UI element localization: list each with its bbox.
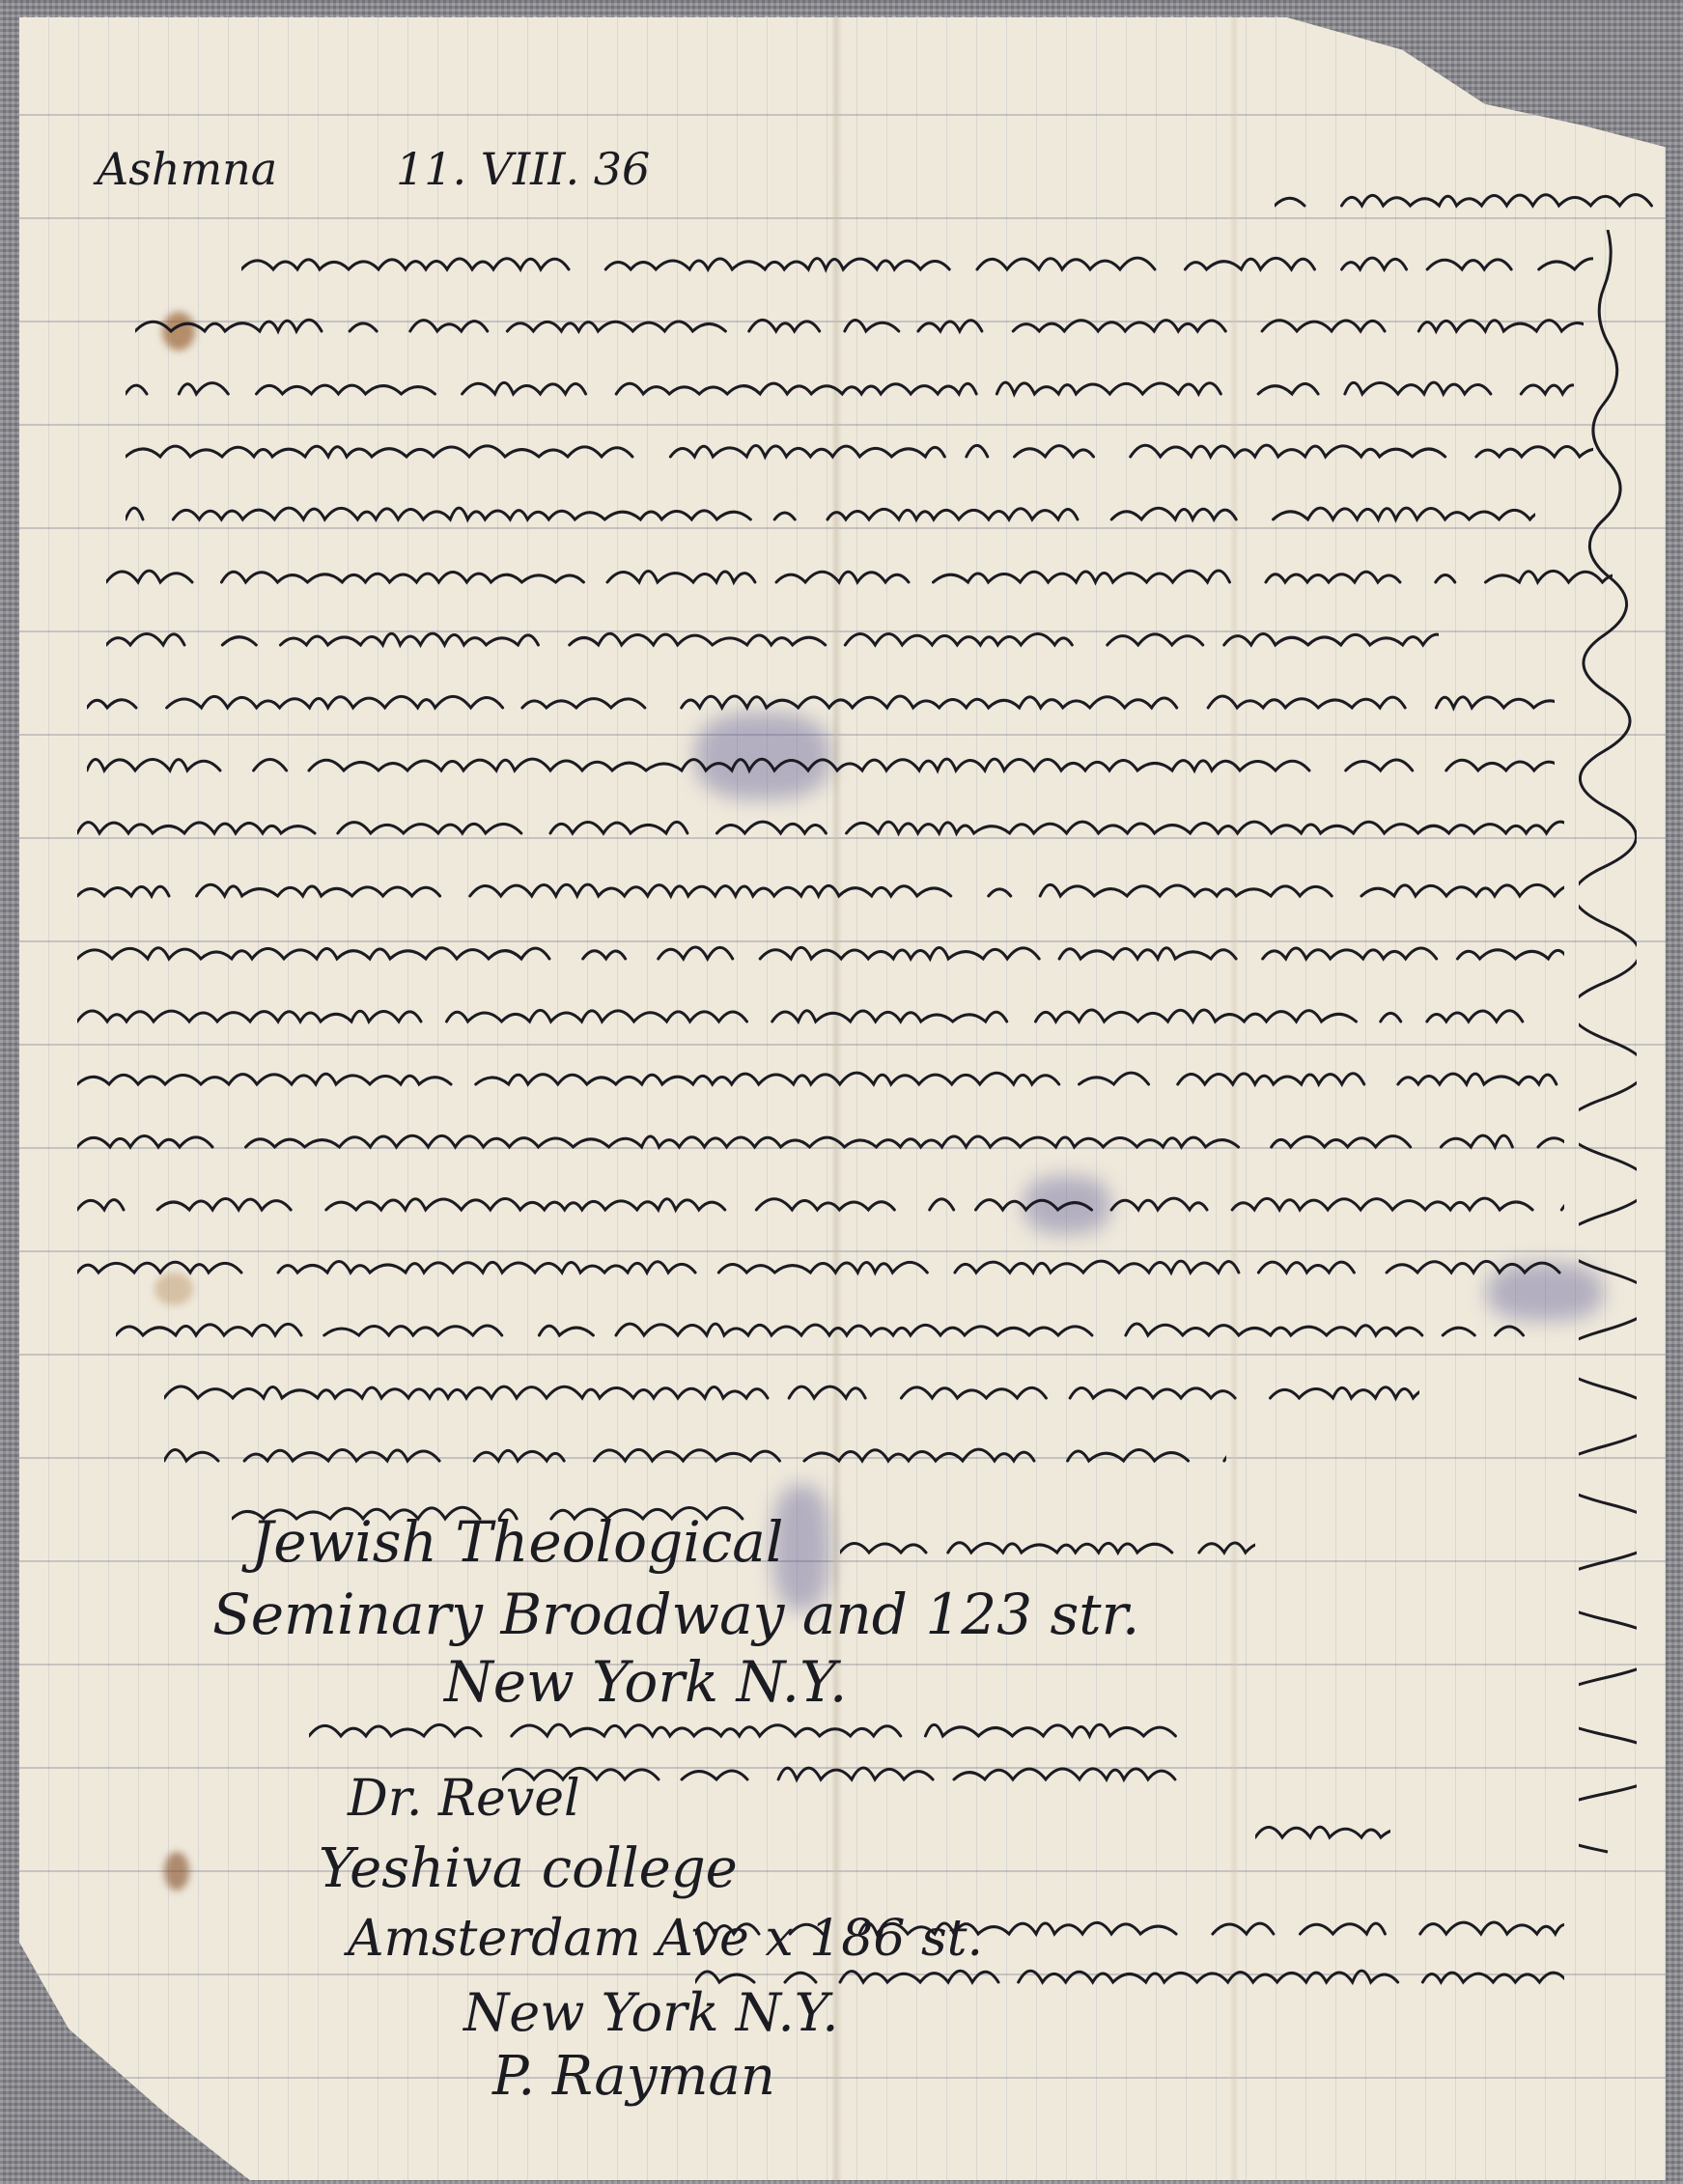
hebrew-text-line xyxy=(77,872,1564,910)
letter-place: Ashmna xyxy=(97,143,277,195)
hebrew-text-line xyxy=(77,1186,1564,1224)
hebrew-text-line xyxy=(106,558,1613,597)
rust-stain xyxy=(164,1852,189,1890)
hebrew-text-line xyxy=(106,621,1439,659)
address-1-line-2: Seminary Broadway and 123 str. xyxy=(212,1582,1139,1647)
hebrew-text-line xyxy=(840,1528,1255,1567)
hebrew-text-line xyxy=(77,997,1545,1036)
hebrew-text-line xyxy=(241,245,1593,284)
address-2-line-4: New York N.Y. xyxy=(463,1982,839,2043)
hebrew-text-line xyxy=(116,1311,1526,1350)
signature: P. Rayman xyxy=(492,2045,775,2108)
hebrew-text-line xyxy=(135,307,1584,346)
hebrew-text-line xyxy=(126,433,1593,471)
hebrew-text-line xyxy=(77,1248,1564,1287)
vertical-margin-note xyxy=(1579,230,1637,1968)
hebrew-text-line xyxy=(77,1060,1564,1099)
hebrew-text-line xyxy=(1275,182,1683,220)
address-2-line-2: Yeshiva college xyxy=(319,1837,738,1900)
hebrew-text-line xyxy=(164,1437,1226,1475)
address-1-line-3: New York N.Y. xyxy=(444,1649,847,1715)
address-1-line-1: Jewish Theological xyxy=(251,1509,783,1575)
address-2-line-3: Amsterdam Ave x 186 st. xyxy=(348,1910,983,1968)
hebrew-text-line xyxy=(87,746,1555,785)
address-2-line-1: Dr. Revel xyxy=(348,1770,580,1828)
hebrew-text-line xyxy=(87,684,1555,722)
hebrew-text-line xyxy=(77,935,1564,973)
hebrew-text-line xyxy=(77,809,1564,848)
hebrew-text-line xyxy=(126,370,1574,408)
hebrew-text-line xyxy=(1255,1813,1390,1852)
hebrew-text-line xyxy=(77,1123,1564,1162)
hebrew-text-line xyxy=(309,1712,1178,1750)
hebrew-text-line xyxy=(164,1374,1419,1413)
letter-date: 11. VIII. 36 xyxy=(396,143,650,195)
hebrew-text-line xyxy=(502,1755,1178,1794)
hebrew-text-line xyxy=(126,495,1535,534)
letter-paper: Ashmna 11. VIII. 36 Jewish Theological S… xyxy=(19,17,1666,2180)
